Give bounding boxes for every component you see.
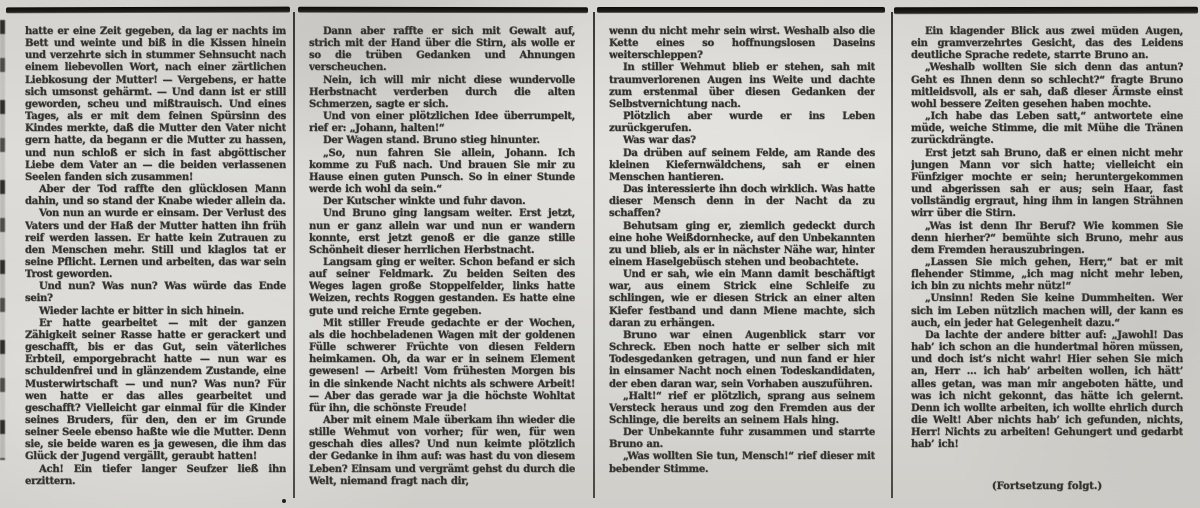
column-divider-2 <box>593 12 595 498</box>
text-column-1: hatte er eine Zeit gegeben, da lag er na… <box>25 26 286 502</box>
continuation-notice: (Fortsetzung folgt.) <box>911 481 1183 493</box>
paragraph: Behutsam ging er, ziemlich gedeckt durch… <box>609 221 875 270</box>
paragraph: Langsam ging er weiter. Schon befand er … <box>309 257 575 318</box>
top-rule-segment-4 <box>894 7 1198 15</box>
paragraph: wenn du nicht mehr sein wirst. Weshalb a… <box>609 26 875 62</box>
paragraph: Ach! Ein tiefer langer Seufzer ließ ihn … <box>25 464 286 488</box>
paragraph: Da lachte der andere bitter auf: „Jawohl… <box>911 330 1183 452</box>
paragraph: Das interessierte ihn doch wirklich. Was… <box>609 184 875 220</box>
paragraph: Ein klagender Blick aus zwei müden Augen… <box>911 26 1183 62</box>
paragraph: Nein, ich will mir nicht diese wundervol… <box>309 75 575 111</box>
text-column-3: wenn du nicht mehr sein wirst. Weshalb a… <box>609 26 875 502</box>
paragraph: „Ich habe das Leben satt,“ antwortete ei… <box>911 111 1183 147</box>
paragraph: Der Kutscher winkte und fuhr davon. <box>309 196 575 208</box>
paragraph: hatte er eine Zeit gegeben, da lag er na… <box>25 26 286 184</box>
paragraph: Da drüben auf seinem Felde, am Rande des… <box>609 148 875 184</box>
paragraph: Er hatte gearbeitet — mit der ganzen Zäh… <box>25 318 286 464</box>
paragraph: Dann aber raffte er sich mit Gewalt auf,… <box>309 26 575 75</box>
paragraph: Und von einer plötzlichen Idee überrumpe… <box>309 111 575 135</box>
paragraph: Bruno war einen Augenblick starr vor Sch… <box>609 330 875 391</box>
paragraph: Mit stiller Freude gedachte er der Woche… <box>309 318 575 415</box>
paragraph: „Halt!“ rief er plötzlich, sprang aus se… <box>609 391 875 427</box>
paragraph: Aber mit einem Male überkam ihn wieder d… <box>309 415 575 488</box>
column-divider-1 <box>293 12 295 498</box>
paragraph: „So, nun fahren Sie allein, Johann. Ich … <box>309 148 575 197</box>
newspaper-page: hatte er eine Zeit gegeben, da lag er na… <box>0 0 1200 508</box>
paragraph: Der Unbekannte fuhr zusammen und starrte… <box>609 427 875 451</box>
paragraph: In stiller Wehmut blieb er stehen, sah m… <box>609 62 875 111</box>
text-column-2: Dann aber raffte er sich mit Gewalt auf,… <box>309 26 575 502</box>
paragraph: „Lassen Sie mich gehen, Herr,“ bat er mi… <box>911 257 1183 293</box>
paragraph: Und er sah, wie ein Mann damit beschäfti… <box>609 269 875 330</box>
paragraph: Und Bruno ging langsam weiter. Erst jetz… <box>309 208 575 257</box>
paragraph: „Unsinn! Reden Sie keine Dummheiten. Wer… <box>911 293 1183 329</box>
paragraph: Wieder lachte er bitter in sich hinein. <box>25 306 286 318</box>
paragraph: „Was ist denn Ihr Beruf? Wie kommen Sie … <box>911 221 1183 257</box>
top-rule-segment-1 <box>6 7 290 14</box>
scan-edge-artifact <box>0 20 5 460</box>
paragraph: Aber der Tod raffte den glücklosen Mann … <box>25 184 286 208</box>
top-rule-segment-2 <box>298 7 588 14</box>
paragraph: Plötzlich aber wurde er ins Leben zurück… <box>609 111 875 135</box>
paragraph: Der Wagen stand. Bruno stieg hinunter. <box>309 135 575 147</box>
paragraph: „Weshalb wollten Sie sich denn das antun… <box>911 62 1183 111</box>
paragraph: Und nun? Was nun? Was würde das Ende sei… <box>25 281 286 305</box>
column-divider-3 <box>891 12 893 498</box>
top-rule-segment-3 <box>597 7 885 13</box>
paragraph: „Was wollten Sie tun, Mensch!“ rief dies… <box>609 451 875 475</box>
paragraph: Erst jetzt sah Bruno, daß er einen nicht… <box>911 148 1183 221</box>
text-column-4: Ein klagender Blick aus zwei müden Augen… <box>911 26 1183 502</box>
paragraph: Von nun an wurde er einsam. Der Verlust … <box>25 208 286 281</box>
paragraph: Was war das? <box>609 135 875 147</box>
